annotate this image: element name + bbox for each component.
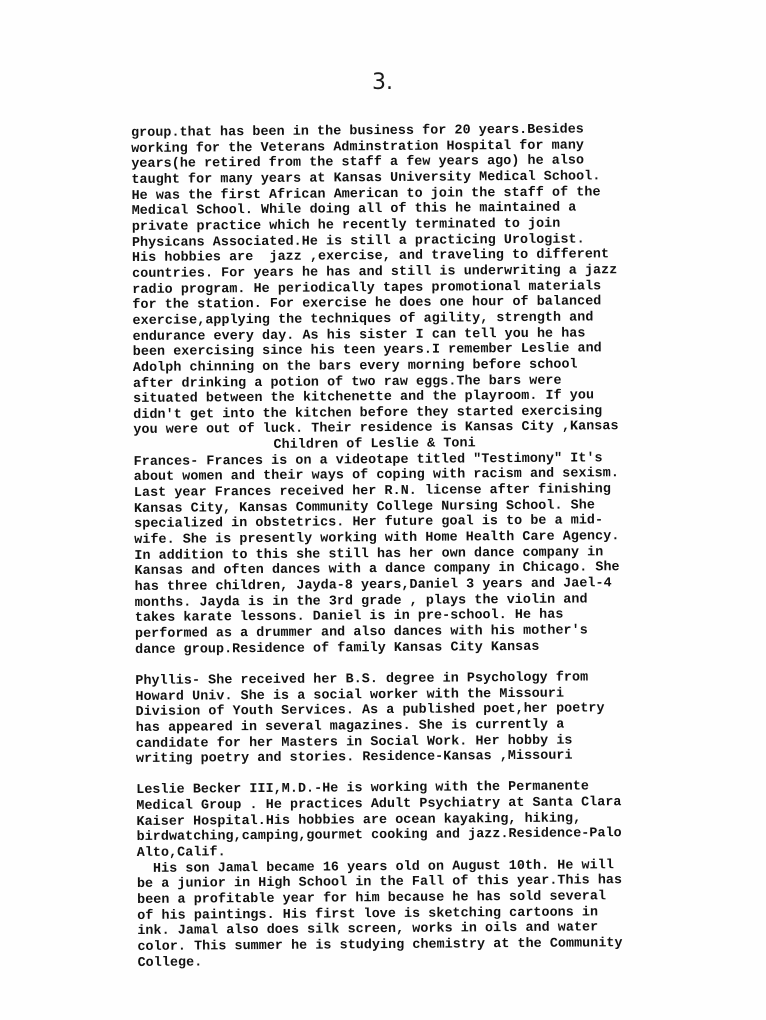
paragraph-frances: Frances- Frances is on a videotape title… bbox=[134, 450, 766, 659]
page-number: 3. bbox=[372, 70, 393, 95]
paragraph-leslie-iii: Leslie Becker III,M.D.-He is working wit… bbox=[136, 778, 766, 971]
document-body: group.that has been in the business for … bbox=[131, 121, 766, 971]
document-page: 3. group.that has been in the business f… bbox=[0, 0, 766, 1020]
paragraph-phyllis: Phyllis- She received her B.S. degree in… bbox=[135, 669, 766, 768]
paragraph-leslie-sr: group.that has been in the business for … bbox=[131, 121, 766, 439]
